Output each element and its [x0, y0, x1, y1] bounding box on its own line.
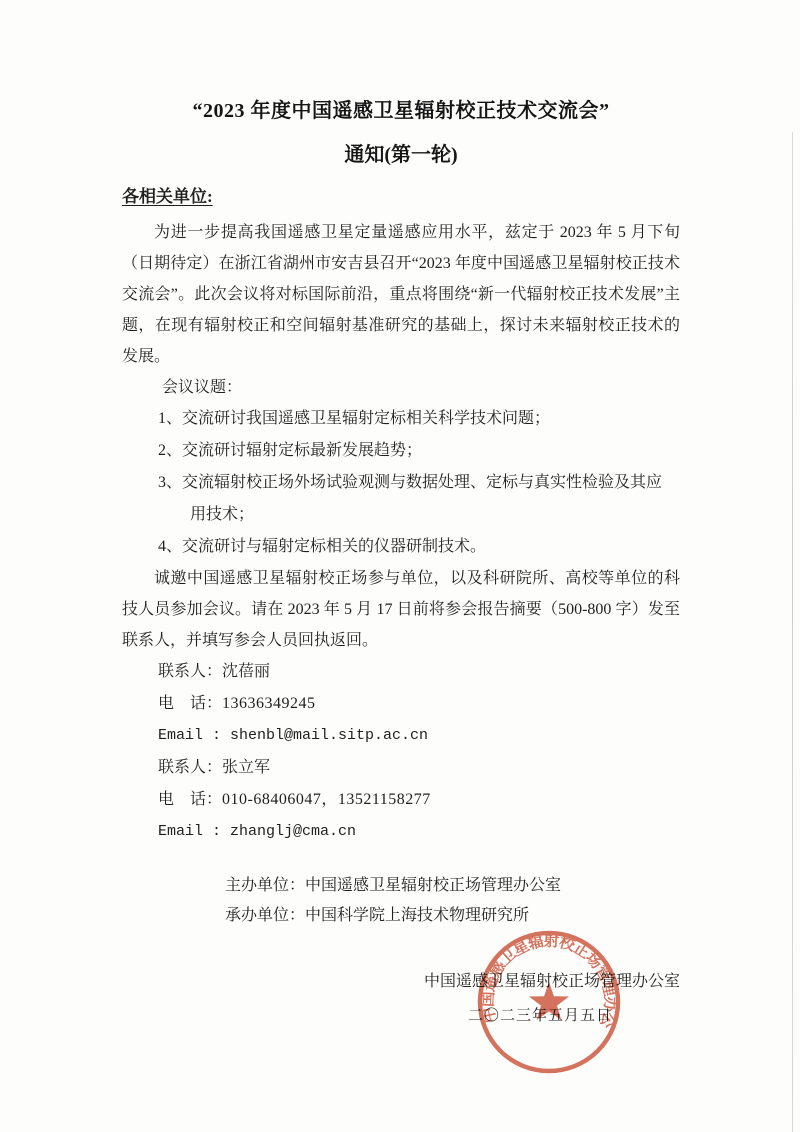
contact-block: 联系人：沈蓓丽 电 话：13636349245 Email : shenbl@m…	[158, 656, 680, 848]
organizer-block: 主办单位：中国遥感卫星辐射校正场管理办公室 承办单位：中国科学院上海技术物理研究…	[225, 871, 680, 931]
contact-label: 电 话：	[158, 791, 222, 808]
agenda-heading: 会议议题：	[162, 372, 680, 403]
scan-line-artifact	[792, 132, 793, 1132]
contact-value: 张立军	[222, 759, 270, 776]
page-title: “2023 年度中国遥感卫星辐射校正技术交流会”	[122, 98, 680, 124]
signature-organization: 中国遥感卫星辐射校正场管理办公室	[122, 969, 680, 995]
contact-label: Email :	[158, 823, 230, 840]
salutation-text: 各相关单位:	[122, 185, 213, 209]
contact-row: 联系人：沈蓓丽	[158, 656, 680, 688]
document-content: “2023 年度中国遥感卫星辐射校正技术交流会” 通知(第一轮) 各相关单位: …	[122, 98, 680, 1029]
organizer-row: 主办单位：中国遥感卫星辐射校正场管理办公室	[225, 871, 680, 901]
page-subtitle: 通知(第一轮)	[122, 142, 680, 168]
contact-label: 联系人：	[158, 759, 222, 776]
contact-label: 联系人：	[158, 663, 222, 680]
contact-row: Email : shenbl@mail.sitp.ac.cn	[158, 720, 680, 752]
organizer-row: 承办单位：中国科学院上海技术物理研究所	[225, 901, 680, 931]
contact-row: 电 话：13636349245	[158, 688, 680, 720]
agenda-item: 2、交流研讨辐射定标最新发展趋势；	[158, 435, 676, 467]
agenda-item: 4、交流研讨与辐射定标相关的仪器研制技术。	[158, 531, 676, 563]
contact-label: Email :	[158, 727, 230, 744]
agenda-item: 1、交流研讨我国遥感卫星辐射定标相关科学技术问题；	[158, 403, 676, 435]
invitation-paragraph: 诚邀中国遥感卫星辐射校正场参与单位，以及科研院所、高校等单位的科技人员参加会议。…	[122, 563, 680, 656]
contact-phone-value: 13636349245	[222, 695, 316, 712]
agenda-list: 1、交流研讨我国遥感卫星辐射定标相关科学技术问题； 2、交流研讨辐射定标最新发展…	[158, 403, 680, 563]
contact-phone-value: 010-68406047，13521158277	[222, 791, 431, 808]
organizer-label: 承办单位：	[225, 907, 305, 924]
intro-paragraph: 为进一步提高我国遥感卫星定量遥感应用水平，兹定于 2023 年 5 月下旬（日期…	[122, 217, 680, 372]
salutation-line: 各相关单位:	[122, 168, 680, 209]
signature-date: 二〇二三年五月五日	[122, 1003, 680, 1029]
contact-row: 联系人：张立军	[158, 752, 680, 784]
contact-value: 沈蓓丽	[222, 663, 270, 680]
notice-document-page: “2023 年度中国遥感卫星辐射校正技术交流会” 通知(第一轮) 各相关单位: …	[0, 0, 800, 1132]
contact-email-value: shenbl@mail.sitp.ac.cn	[230, 727, 428, 744]
organizer-label: 主办单位：	[225, 877, 305, 894]
contact-label: 电 话：	[158, 695, 222, 712]
organizer-value: 中国科学院上海技术物理研究所	[305, 907, 529, 924]
organizer-value: 中国遥感卫星辐射校正场管理办公室	[305, 877, 561, 894]
contact-row: 电 话：010-68406047，13521158277	[158, 784, 680, 816]
agenda-item: 3、交流辐射校正场外场试验观测与数据处理、定标与真实性检验及其应用技术；	[158, 467, 676, 531]
contact-email-value: zhanglj@cma.cn	[230, 823, 356, 840]
contact-row: Email : zhanglj@cma.cn	[158, 816, 680, 848]
